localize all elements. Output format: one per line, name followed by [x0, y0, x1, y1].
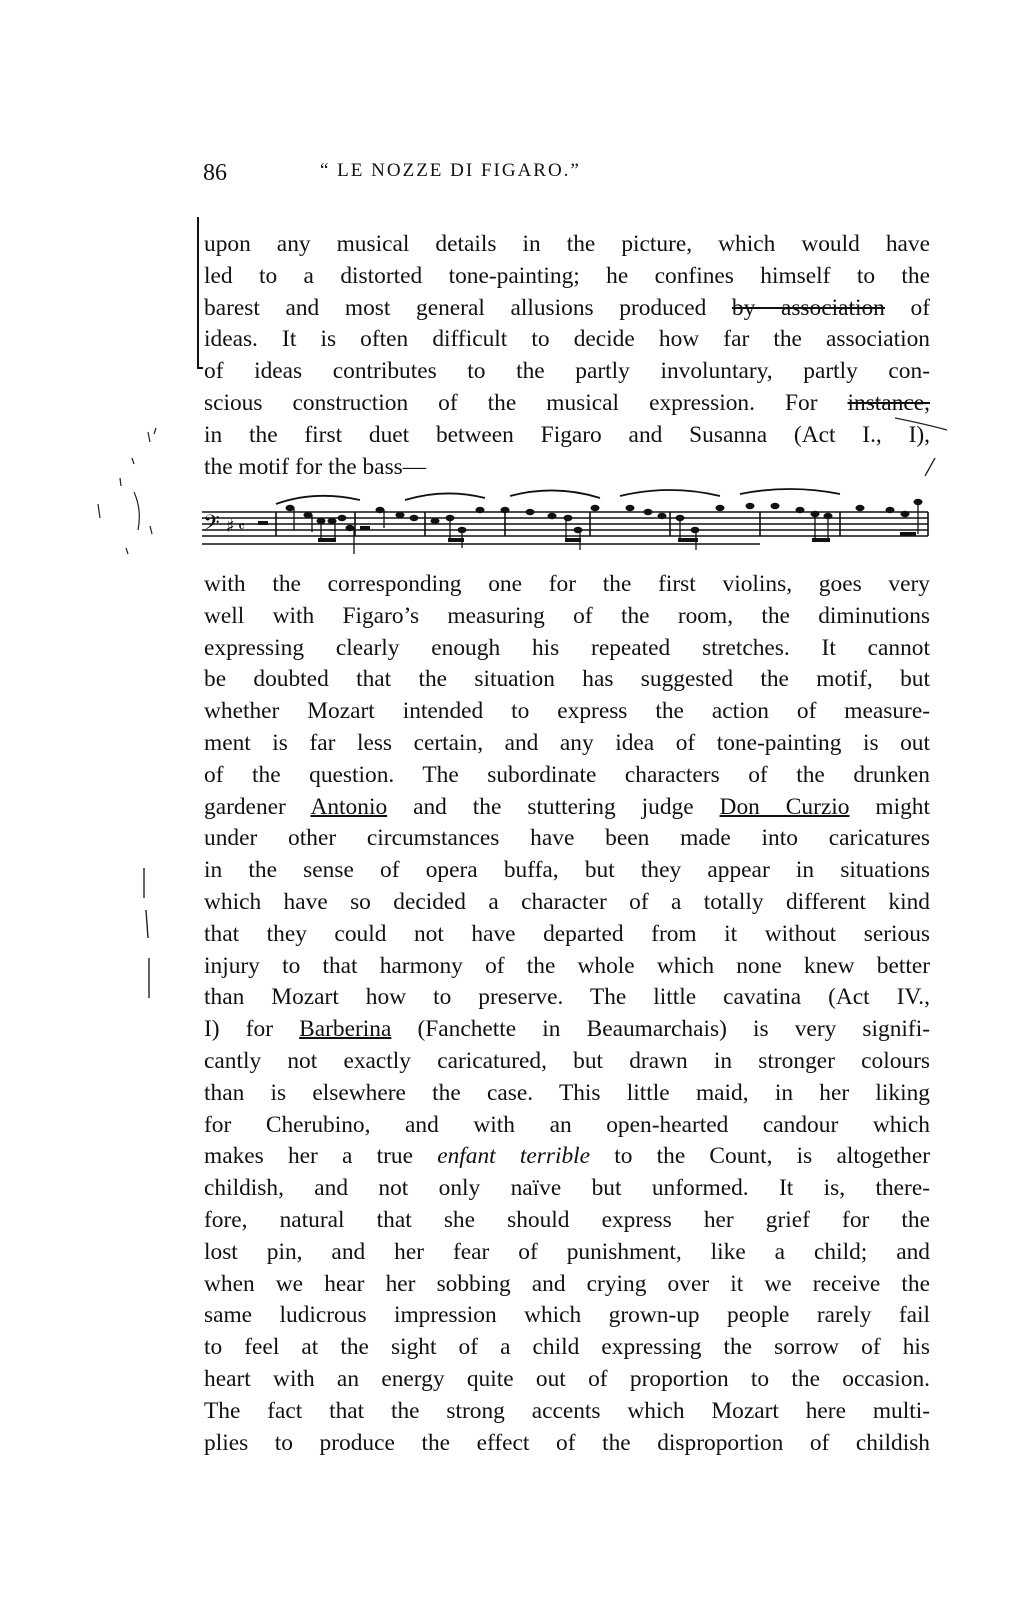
text-line: whether Mozart intended to express the a… — [204, 696, 930, 728]
text-line: the motif for the bass— — [204, 452, 930, 484]
text-line: well with Figaro’s measuring of the room… — [204, 601, 930, 633]
text-line: upon any musical details in the picture,… — [204, 229, 930, 261]
text-segment: scious construction of the musical expre… — [204, 390, 848, 416]
running-title: “ LE NOZZE DI FIGARO.” — [320, 160, 581, 182]
text-line: heart with an energy quite out of propor… — [204, 1364, 930, 1396]
text-line: led to a distorted tone-painting; he con… — [204, 261, 930, 293]
pencil-arrow-icon — [895, 400, 955, 480]
text-line: of ideas contributes to the partly invol… — [204, 356, 930, 388]
text-line: to feel at the sight of a child expressi… — [204, 1332, 930, 1364]
text-line: injury to that harmony of the whole whic… — [204, 951, 930, 983]
text-segment: I) for — [204, 1016, 299, 1042]
text-line: in the sense of opera buffa, but they ap… — [204, 855, 930, 887]
text-line: ideas. It is often difficult to decide h… — [204, 324, 930, 356]
text-line: under other circumstances have been made… — [204, 823, 930, 855]
text-line: gardener Antonio and the stuttering judg… — [204, 792, 930, 824]
paragraph-after-music: with the corresponding one for the first… — [204, 569, 930, 1459]
pencil-scribble-icon — [90, 420, 180, 560]
text-line: fore, natural that she should express he… — [204, 1205, 930, 1237]
book-page: 86 “ LE NOZZE DI FIGARO.” upon any music… — [0, 0, 1034, 1600]
text-line: makes her a true enfant terrible to the … — [204, 1141, 930, 1173]
text-segment: gardener — [204, 794, 310, 820]
text-segment: makes her a true — [204, 1143, 437, 1169]
svg-text:𝄢: 𝄢 — [203, 511, 220, 541]
text-segment: barest and most general allusions produc… — [204, 295, 732, 321]
text-line: for Cherubino, and with an open-hearted … — [204, 1110, 930, 1142]
text-line: of the question. The subordinate charact… — [204, 760, 930, 792]
text-line: ment is far less certain, and any idea o… — [204, 728, 930, 760]
svg-text:♯: ♯ — [226, 516, 235, 537]
text-line: expressing clearly enough his repeated s… — [204, 633, 930, 665]
music-example: 𝄢 ♯ 𝄴 — [200, 488, 930, 558]
text-line: which have so decided a character of a t… — [204, 887, 930, 919]
underlined-name: Antonio — [310, 794, 387, 820]
running-head: 86 “ LE NOZZE DI FIGARO.” — [203, 160, 933, 190]
text-line: scious construction of the musical expre… — [204, 388, 930, 420]
text-segment: of — [885, 295, 930, 321]
text-segment: and the stuttering judge — [387, 794, 719, 820]
text-line: same ludicrous impression which grown-up… — [204, 1300, 930, 1332]
struck-text: by association — [732, 295, 885, 321]
underlined-name: Don Curzio — [720, 794, 850, 820]
music-staff-icon: 𝄢 ♯ 𝄴 — [200, 488, 930, 558]
text-segment: (Fanchette in Beaumarchais) is very sign… — [391, 1016, 930, 1042]
text-line: childish, and not only naïve but unforme… — [204, 1173, 930, 1205]
text-line: than is elsewhere the case. This little … — [204, 1078, 930, 1110]
text-line: than Mozart how to preserve. The little … — [204, 982, 930, 1014]
underlined-name: Barberina — [299, 1016, 391, 1042]
margin-bar-annotation — [197, 217, 199, 367]
text-line: I) for Barberina (Fanchette in Beaumarch… — [204, 1014, 930, 1046]
text-line: in the first duet between Figaro and Sus… — [204, 420, 930, 452]
pencil-margin-line-icon — [138, 868, 158, 1008]
text-segment: might — [849, 794, 930, 820]
text-line: The fact that the strong accents which M… — [204, 1396, 930, 1428]
text-line: plies to produce the effect of the dispr… — [204, 1428, 930, 1460]
svg-text:𝄴: 𝄴 — [238, 517, 245, 536]
text-line: that they could not have departed from i… — [204, 919, 930, 951]
margin-bar-tick — [197, 367, 203, 369]
text-line: cantly not exactly caricatured, but draw… — [204, 1046, 930, 1078]
page-number: 86 — [203, 160, 227, 187]
italic-phrase: enfant terrible — [437, 1143, 590, 1169]
text-segment: to the Count, is altogether — [590, 1143, 930, 1169]
paragraph-before-music: upon any musical details in the picture,… — [204, 229, 930, 483]
text-line: when we hear her sobbing and crying over… — [204, 1269, 930, 1301]
text-line: lost pin, and her fear of punishment, li… — [204, 1237, 930, 1269]
text-line: with the corresponding one for the first… — [204, 569, 930, 601]
text-line: barest and most general allusions produc… — [204, 293, 930, 325]
text-line: be doubted that the situation has sugges… — [204, 664, 930, 696]
